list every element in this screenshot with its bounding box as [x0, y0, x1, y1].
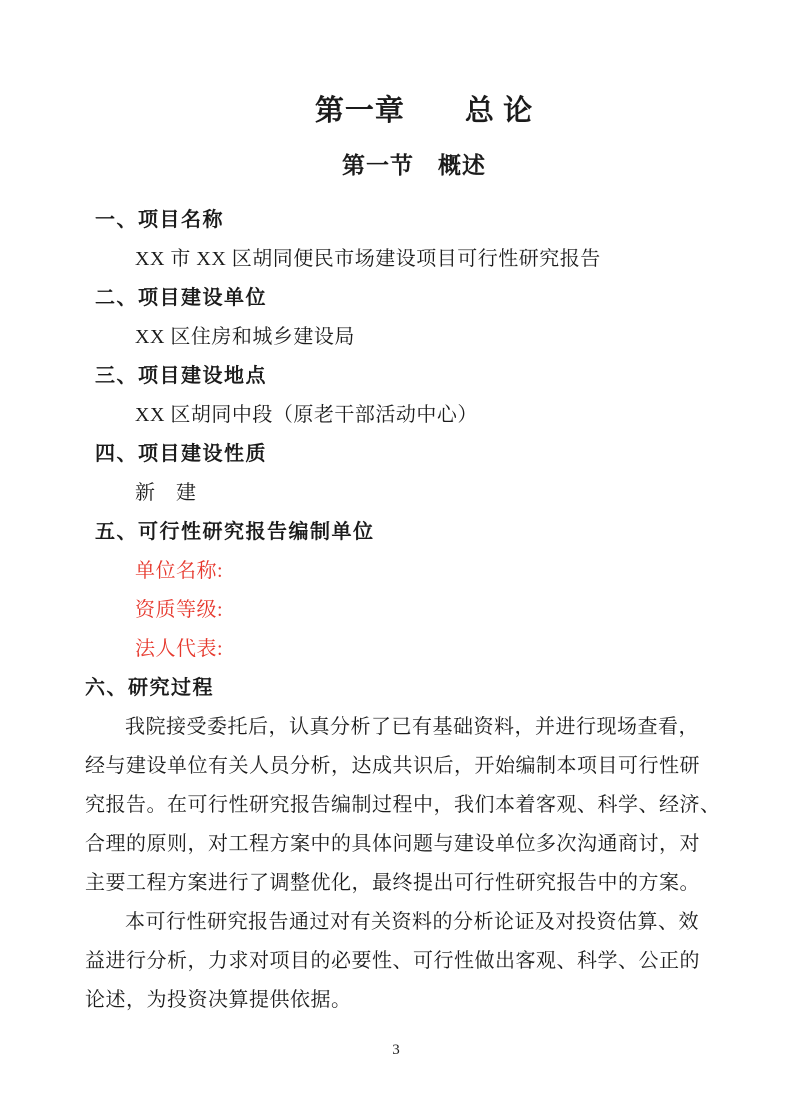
paragraph-line: 经与建设单位有关人员分析，达成共识后，开始编制本项目可行性研: [0, 744, 792, 783]
paragraph-line: 合理的原则，对工程方案中的具体问题与建设单位多次沟通商讨，对: [0, 822, 792, 861]
paragraph-line: 本可行性研究报告通过对有关资料的分析论证及对投资估算、效: [0, 900, 792, 939]
paragraph-line: 究报告。在可行性研究报告编制过程中，我们本着客观、科学、经济、: [0, 783, 792, 822]
page-number: 3: [0, 1040, 792, 1060]
section-body-text: XX 市 XX 区胡同便民市场建设项目可行性研究报告: [0, 237, 792, 276]
red-field-label: 资质等级:: [0, 588, 792, 627]
section-title: 第一节 概述: [0, 150, 792, 182]
chapter-title: 第一章 总 论: [0, 0, 792, 130]
section-heading: 三、项目建设地点: [0, 354, 792, 393]
section-body-text: XX 区胡同中段（原老干部活动中心）: [0, 393, 792, 432]
document-page: 第一章 总 论 第一节 概述 一、项目名称 XX 市 XX 区胡同便民市场建设项…: [0, 0, 792, 1120]
section-body-text: 新 建: [0, 471, 792, 510]
section-heading: 六、研究过程: [0, 666, 792, 705]
document-body: 一、项目名称 XX 市 XX 区胡同便民市场建设项目可行性研究报告 二、项目建设…: [0, 198, 792, 1017]
section-body-text: XX 区住房和城乡建设局: [0, 315, 792, 354]
paragraph-line: 论述，为投资决算提供依据。: [0, 978, 792, 1017]
section-heading: 一、项目名称: [0, 198, 792, 237]
section-heading: 五、可行性研究报告编制单位: [0, 510, 792, 549]
paragraph-line: 主要工程方案进行了调整优化，最终提出可行性研究报告中的方案。: [0, 861, 792, 900]
red-field-label: 单位名称:: [0, 549, 792, 588]
section-heading: 二、项目建设单位: [0, 276, 792, 315]
section-heading: 四、项目建设性质: [0, 432, 792, 471]
paragraph-line: 益进行分析，力求对项目的必要性、可行性做出客观、科学、公正的: [0, 939, 792, 978]
red-field-label: 法人代表:: [0, 627, 792, 666]
paragraph-line: 我院接受委托后，认真分析了已有基础资料，并进行现场查看，: [0, 705, 792, 744]
